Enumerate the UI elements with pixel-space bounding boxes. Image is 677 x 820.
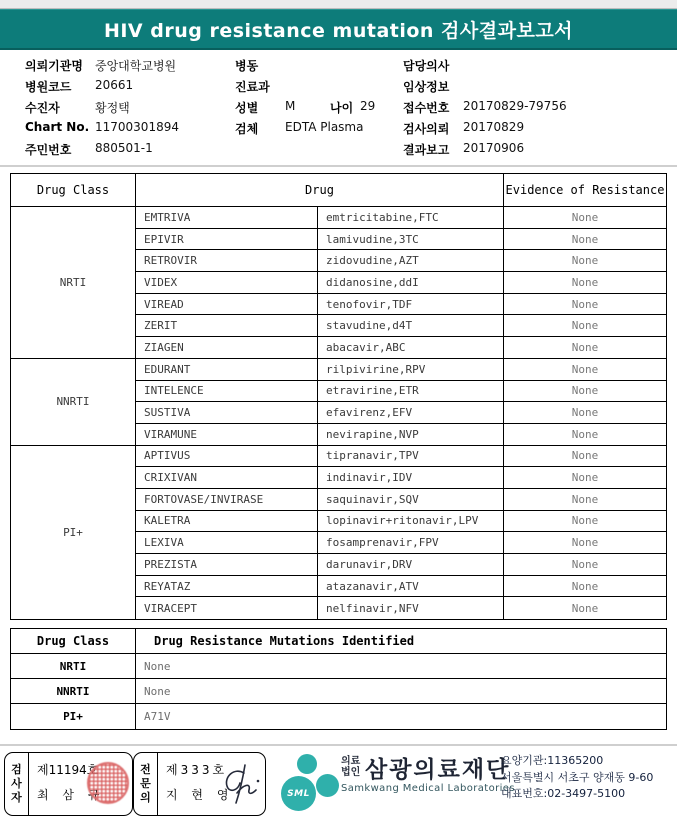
drug-evidence-cell: None (504, 597, 666, 619)
lab-logo-icon: SML (281, 776, 316, 811)
mutation-header-class: Drug Class (11, 629, 136, 654)
mutation-row-value: A71V (136, 704, 666, 729)
drug-evidence-cell: None (504, 381, 666, 403)
logo-circle-mid (316, 774, 339, 797)
info-value: 20661 (95, 78, 133, 92)
info-label: 나이 (330, 99, 353, 116)
drug-generic-cell: saquinavir,SQV (318, 489, 504, 511)
drug-generic-cell: didanosine,ddI (318, 272, 504, 294)
specialist-box: 전문의 제333호 지 현 영 (133, 752, 266, 816)
drug-generic-cell: nevirapine,NVP (318, 424, 504, 446)
info-label: 병원코드 (25, 78, 71, 95)
mutation-row-class: NRTI (11, 654, 136, 679)
drug-generic-cell: rilpivirine,RPV (318, 359, 504, 381)
drug-brand-cell: LEXIVA (136, 532, 318, 554)
drug-generic-cell: atazanavir,ATV (318, 576, 504, 598)
drug-evidence-cell: None (504, 207, 666, 229)
drug-evidence-cell: None (504, 554, 666, 576)
info-value: M (285, 99, 295, 113)
lab-contact-info: 요양기관:11365200 서울특별시 서초구 양재동 9-60 대표번호:02… (501, 753, 653, 803)
mutation-table: Drug Class Drug Resistance Mutations Ide… (10, 628, 667, 730)
specialist-detail: 제333호 지 현 영 (158, 753, 265, 815)
drug-brand-cell: SUSTIVA (136, 402, 318, 424)
patient-info: 의뢰기관명중앙대학교병원병원코드20661수진자황정택Chart No.1170… (0, 0, 677, 165)
drug-generic-cell: zidovudine,AZT (318, 250, 504, 272)
drug-evidence-cell: None (504, 424, 666, 446)
drug-brand-cell: VIRACEPT (136, 597, 318, 619)
drug-evidence-cell: None (504, 250, 666, 272)
mutation-row-class: NNRTI (11, 679, 136, 704)
examiner-box: 검사자 제11194호 최 삼 규 (4, 752, 133, 816)
drug-evidence-cell: None (504, 359, 666, 381)
mutation-row-value: None (136, 654, 666, 679)
info-value: 황정택 (95, 99, 130, 116)
info-label: 검체 (235, 120, 258, 137)
info-value: EDTA Plasma (285, 120, 363, 134)
info-label: 의뢰기관명 (25, 57, 83, 74)
drug-generic-cell: tenofovir,TDF (318, 294, 504, 316)
drug-generic-cell: indinavir,IDV (318, 467, 504, 489)
examiner-role-label: 검사자 (5, 753, 29, 815)
info-label: 성별 (235, 99, 258, 116)
drug-brand-cell: ZIAGEN (136, 337, 318, 359)
info-label: 병동 (235, 57, 258, 74)
drug-generic-cell: emtricitabine,FTC (318, 207, 504, 229)
drug-brand-cell: INTELENCE (136, 381, 318, 403)
info-label: 결과보고 (403, 141, 449, 158)
drug-brand-cell: EMTRIVA (136, 207, 318, 229)
org-type-line2: 법인 (341, 767, 360, 778)
drug-evidence-cell: None (504, 511, 666, 533)
info-divider (0, 165, 677, 167)
lab-phone: 대표번호:02-3497-5100 (501, 786, 653, 803)
drug-brand-cell: VIRAMUNE (136, 424, 318, 446)
mutation-row-class: PI+ (11, 704, 136, 729)
drug-generic-cell: fosamprenavir,FPV (318, 532, 504, 554)
drug-generic-cell: stavudine,d4T (318, 315, 504, 337)
column-header-drug: Drug (136, 174, 504, 207)
drug-evidence-cell: None (504, 467, 666, 489)
info-label: 주민번호 (25, 141, 71, 158)
info-value: 20170829-79756 (463, 99, 567, 113)
drug-brand-cell: VIREAD (136, 294, 318, 316)
info-value: 29 (360, 99, 375, 113)
lab-registration: 요양기관:11365200 (501, 753, 653, 770)
info-label: 수진자 (25, 99, 60, 116)
lab-address: 서울특별시 서초구 양재동 9-60 (501, 770, 653, 787)
logo-sml-text: SML (287, 789, 310, 799)
drug-class-cell: PI+ (11, 446, 136, 620)
logo-circle-small (297, 754, 317, 774)
lab-org-type: 의료 법인 (341, 756, 360, 778)
info-value: 중앙대학교병원 (95, 57, 176, 74)
drug-brand-cell: ZERIT (136, 315, 318, 337)
info-value: 20170829 (463, 120, 524, 134)
resistance-table: Drug ClassDrugEvidence of ResistanceNRTI… (10, 173, 667, 620)
drug-brand-cell: REYATAZ (136, 576, 318, 598)
drug-brand-cell: FORTOVASE/INVIRASE (136, 489, 318, 511)
info-value: 880501-1 (95, 141, 153, 155)
drug-brand-cell: RETROVIR (136, 250, 318, 272)
info-label: 검사의뢰 (403, 120, 449, 137)
info-value: 20170906 (463, 141, 524, 155)
drug-generic-cell: etravirine,ETR (318, 381, 504, 403)
drug-evidence-cell: None (504, 402, 666, 424)
drug-brand-cell: KALETRA (136, 511, 318, 533)
drug-evidence-cell: None (504, 446, 666, 468)
footer-divider (0, 744, 677, 746)
mutation-row-value: None (136, 679, 666, 704)
drug-brand-cell: CRIXIVAN (136, 467, 318, 489)
lab-name: 삼광의료재단 (365, 751, 510, 784)
drug-brand-cell: EDURANT (136, 359, 318, 381)
drug-evidence-cell: None (504, 294, 666, 316)
drug-generic-cell: lamivudine,3TC (318, 229, 504, 251)
drug-generic-cell: tipranavir,TPV (318, 446, 504, 468)
drug-evidence-cell: None (504, 489, 666, 511)
info-value: 11700301894 (95, 120, 179, 134)
info-label: 진료과 (235, 78, 270, 95)
lab-name-english: Samkwang Medical Laboratories (341, 783, 515, 794)
drug-generic-cell: darunavir,DRV (318, 554, 504, 576)
column-header-drug-class: Drug Class (11, 174, 136, 207)
specialist-role-label: 전문의 (134, 753, 158, 815)
drug-evidence-cell: None (504, 229, 666, 251)
drug-brand-cell: EPIVIR (136, 229, 318, 251)
drug-evidence-cell: None (504, 315, 666, 337)
drug-brand-cell: APTIVUS (136, 446, 318, 468)
column-header-evidence: Evidence of Resistance (504, 174, 666, 207)
drug-generic-cell: nelfinavir,NFV (318, 597, 504, 619)
mutation-header-mutations: Drug Resistance Mutations Identified (136, 629, 666, 654)
drug-evidence-cell: None (504, 576, 666, 598)
info-label: 접수번호 (403, 99, 449, 116)
drug-brand-cell: PREZISTA (136, 554, 318, 576)
drug-evidence-cell: None (504, 532, 666, 554)
signature-icon (218, 759, 264, 809)
drug-generic-cell: abacavir,ABC (318, 337, 504, 359)
drug-generic-cell: efavirenz,EFV (318, 402, 504, 424)
drug-evidence-cell: None (504, 272, 666, 294)
examiner-seal-stamp (87, 762, 129, 804)
report-page: HIV drug resistance mutation 검사결과보고서 의뢰기… (0, 0, 677, 820)
drug-class-cell: NRTI (11, 207, 136, 359)
drug-class-cell: NNRTI (11, 359, 136, 446)
examiner-detail: 제11194호 최 삼 규 (29, 753, 132, 815)
info-label: 담당의사 (403, 57, 449, 74)
drug-brand-cell: VIDEX (136, 272, 318, 294)
org-type-line1: 의료 (341, 756, 360, 767)
drug-evidence-cell: None (504, 337, 666, 359)
info-label: 임상정보 (403, 78, 449, 95)
info-label: Chart No. (25, 120, 89, 134)
drug-generic-cell: lopinavir+ritonavir,LPV (318, 511, 504, 533)
